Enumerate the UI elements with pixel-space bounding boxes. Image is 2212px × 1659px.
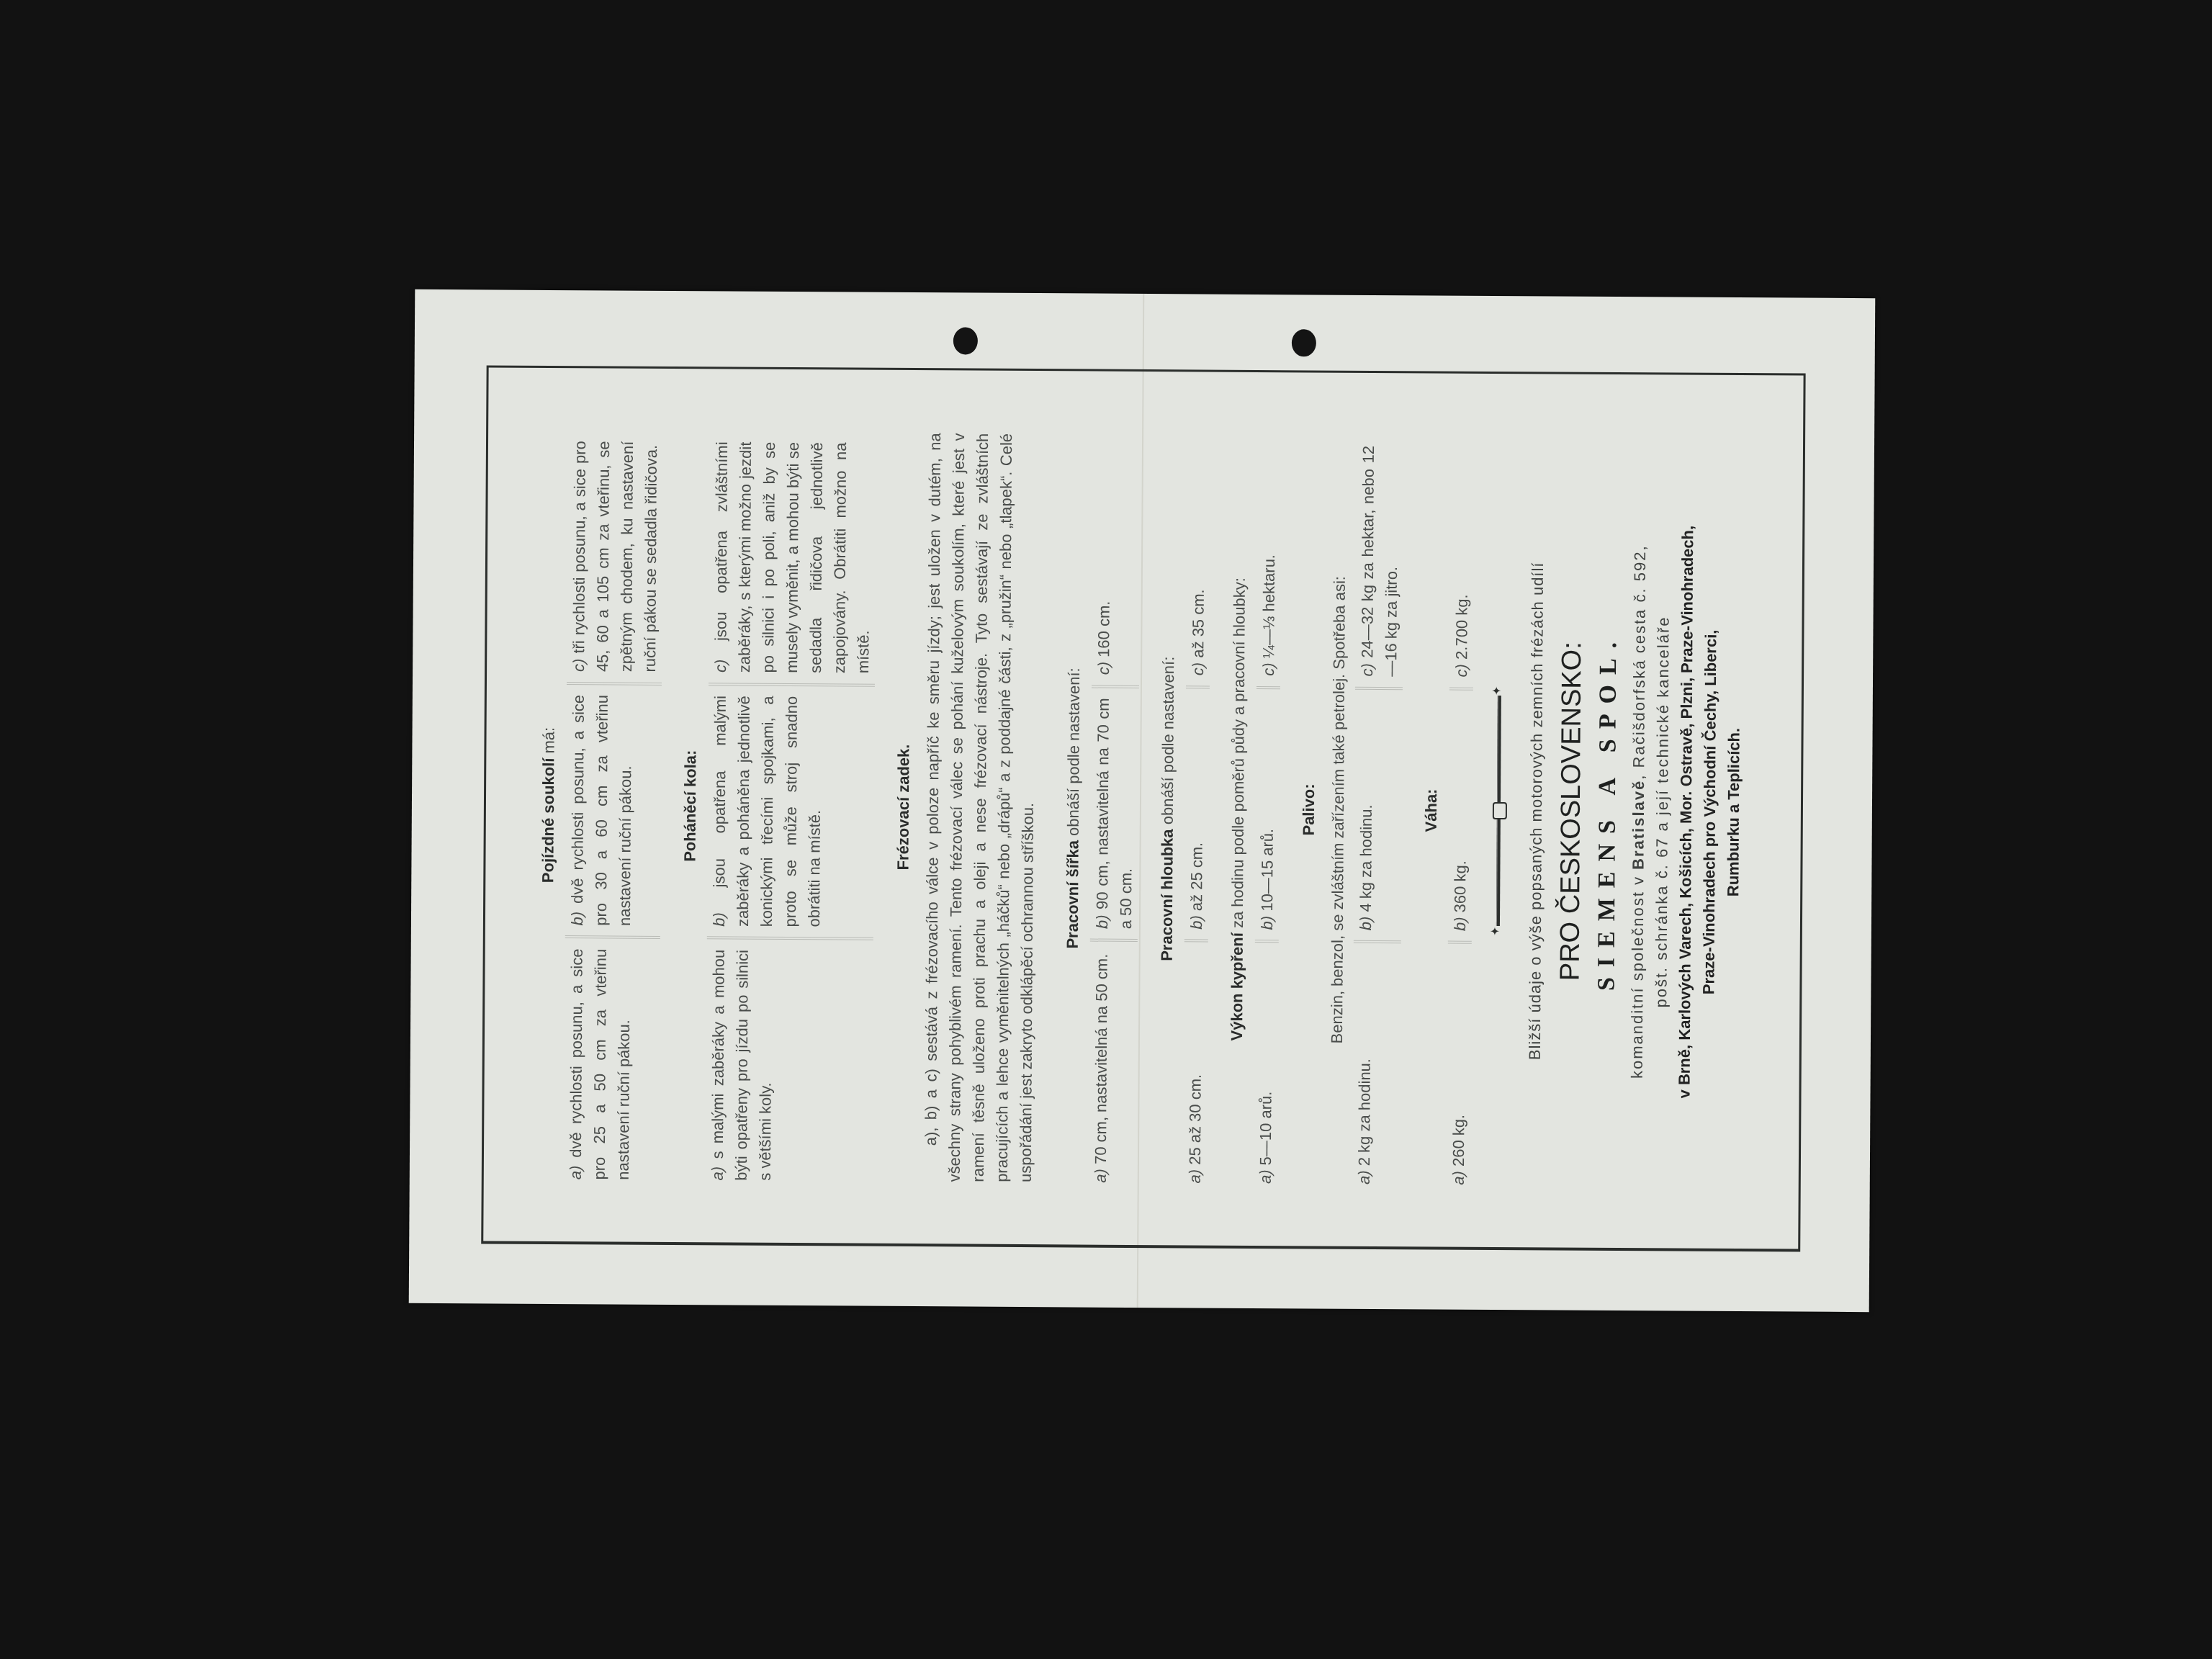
company-address: komanditní společnost v Bratislavě, Rači… (1624, 437, 1653, 1186)
spec-columns-sirka: a) 70 cm, nastavitelná na 50 cm. b) 90 c… (1089, 434, 1141, 1183)
branch-offices: v Brně, Karlových Varech, Košicích, Mor.… (1672, 438, 1700, 1187)
punch-hole (953, 327, 978, 354)
palivo-intro: Benzin, benzol, se zvláštním zařízením t… (1324, 436, 1352, 1184)
spec-item: b) 4 kg za hodinu. (1354, 689, 1403, 943)
branch-offices: Rumburku a Teplicích. (1719, 438, 1748, 1187)
spec-item: c) tři rychlosti posunu, a sice pro 45, … (567, 431, 663, 685)
heading-palivo: Palivo: (1295, 435, 1323, 1184)
document-sheet: Pojízdné soukolí má: a) dvě rychlosti po… (409, 289, 1876, 1312)
spec-item: b) 360 kg. (1448, 690, 1473, 944)
heading-hloubka: Pracovní hloubka obnáší podle nastavení: (1154, 434, 1182, 1183)
footer-intro: Bližší údaje o výše popsaných motorových… (1522, 436, 1550, 1185)
divider-center-ornament (1493, 802, 1507, 819)
spec-item: a) s malými zaběráky a mohou býti opatře… (706, 940, 873, 1182)
contact-footer: Bližší údaje o výše popsaných motorových… (1522, 436, 1748, 1187)
spec-columns-vaha: a) 260 kg. b) 360 kg. c) 2.700 kg. (1447, 436, 1475, 1185)
spec-columns-hloubka: a) 25 až 30 cm. b) až 25 cm. c) až 35 cm… (1183, 434, 1211, 1183)
spec-columns-pohaneci: a) s malými zaběráky a mohou býti opatře… (706, 431, 876, 1181)
spec-item: a) 25 až 30 cm. (1183, 943, 1208, 1184)
heading-frezovaci: Frézovací zadek. (889, 433, 917, 1182)
spec-item: a) dvě rychlosti posunu, a sice pro 25 a… (564, 938, 660, 1179)
punch-hole (1292, 329, 1316, 356)
divider-end-ornament: ✦ (1493, 685, 1503, 696)
heading-vaha: Váha: (1417, 436, 1445, 1184)
spec-item: a) 5—10 arů. (1254, 943, 1279, 1184)
spec-columns-vykon: a) 5—10 arů. b) 10—15 arů. c) ¼—⅓ hektar… (1254, 435, 1282, 1184)
footer-country: PRO ČESKOSLOVENSKO: (1552, 437, 1591, 1186)
rotated-page: Pojízdné soukolí má: a) dvě rychlosti po… (481, 365, 1805, 1251)
spec-item: b) až 25 cm. (1184, 688, 1210, 943)
company-name: SIEMENS A SPOL. (1593, 437, 1622, 1186)
spec-item: a) 70 cm, nastavitelná na 50 cm. (1089, 942, 1138, 1183)
heading-pojizdne: Pojízdné soukolí má: (534, 431, 562, 1179)
heading-sirka: Pracovní šířka obnáší podle nastavení: (1059, 433, 1087, 1182)
spec-item: c) 160 cm. (1092, 434, 1141, 688)
spec-item: b) jsou opatřena malými zaběráky a pohán… (707, 685, 875, 940)
spec-item: c) 24—32 kg za hektar, nebo 12—16 kg za … (1355, 436, 1404, 690)
spec-columns-palivo: a) 2 kg za hodinu. b) 4 kg za hodinu. c)… (1352, 436, 1404, 1184)
spec-item: c) jsou opatřena zvláštními zaběráky, s … (709, 431, 876, 686)
page-content: Pojízdné soukolí má: a) dvě rychlosti po… (521, 431, 1748, 1187)
spec-item: c) ¼—⅓ hektaru. (1256, 435, 1282, 689)
spec-item: a) 260 kg. (1447, 944, 1472, 1185)
ornamental-divider: ✦ ✦ (1491, 688, 1506, 933)
spec-item: c) až 35 cm. (1186, 434, 1211, 688)
heading-vykon: Výkon kypření za hodinu podle poměrů půd… (1224, 435, 1252, 1184)
heading-pohaneci: Poháněcí kola: (676, 431, 704, 1180)
spec-columns-pojizdne: a) dvě rychlosti posunu, a sice pro 25 a… (564, 431, 663, 1180)
spec-item: c) 2.700 kg. (1449, 436, 1475, 691)
spec-item: a) 2 kg za hodinu. (1352, 943, 1401, 1184)
paragraph-frezovaci: a), b) a c) sestává z frézovacího válce … (919, 433, 1042, 1182)
spec-item: b) 10—15 arů. (1255, 689, 1280, 943)
spec-item: b) 90 cm, nastavitelná na 70 cm a 50 cm. (1090, 688, 1139, 942)
spec-item: b) dvě rychlosti posunu, a sice pro 30 a… (565, 685, 662, 939)
divider-end-ornament: ✦ (1491, 926, 1501, 936)
